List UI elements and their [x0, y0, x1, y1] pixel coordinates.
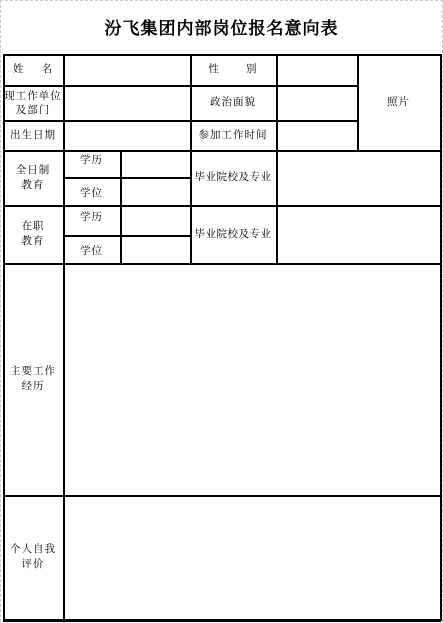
- fulltime-education-label-line1: 全日制: [16, 163, 51, 178]
- grid-line: [3, 619, 441, 622]
- birth-date-label: 出生日期: [3, 120, 63, 150]
- political-status-field[interactable]: [277, 86, 357, 120]
- gender-field[interactable]: [277, 55, 357, 85]
- fulltime-education-label: 全日制 教育: [3, 150, 63, 205]
- inservice-degree-sublabel: 学位: [63, 235, 120, 263]
- inservice-school-major-field[interactable]: [277, 206, 440, 263]
- inservice-education-label: 在职 教育: [3, 205, 63, 263]
- gender-label: 性 别: [190, 54, 276, 85]
- form-title: 汾飞集团内部岗位报名意向表: [0, 14, 443, 39]
- self-evaluation-field[interactable]: [64, 496, 440, 619]
- photo-label: 照片: [387, 95, 410, 110]
- fulltime-education-sublabel: 学历: [63, 150, 120, 177]
- inservice-education-field[interactable]: [121, 206, 190, 235]
- work-unit-label-line1: 现工作单位: [4, 89, 62, 103]
- fulltime-degree-sublabel: 学位: [63, 177, 120, 205]
- work-experience-label: 主要工作 经历: [3, 263, 63, 495]
- fulltime-school-major-field[interactable]: [277, 151, 440, 205]
- inservice-education-label-line1: 在职: [22, 219, 45, 234]
- inservice-education-label-line2: 教育: [22, 234, 45, 249]
- work-start-date-field[interactable]: [277, 121, 357, 150]
- inservice-education-sublabel: 学历: [63, 205, 120, 235]
- name-field[interactable]: [64, 55, 190, 85]
- birth-date-field[interactable]: [64, 121, 190, 150]
- photo-area[interactable]: 照片: [357, 54, 440, 150]
- inservice-school-major-label: 毕业院校及专业: [190, 205, 276, 263]
- fulltime-degree-field[interactable]: [121, 178, 190, 205]
- work-unit-label: 现工作单位 及部门: [3, 85, 63, 120]
- work-unit-field[interactable]: [64, 86, 190, 120]
- self-evaluation-label-line2: 评价: [22, 557, 45, 572]
- self-evaluation-label-line1: 个人自我: [10, 542, 56, 557]
- work-start-date-label: 参加工作时间: [190, 120, 276, 150]
- work-unit-label-line2: 及部门: [16, 103, 51, 117]
- fulltime-education-field[interactable]: [121, 151, 190, 177]
- name-label: 姓 名: [3, 54, 63, 85]
- fulltime-education-label-line2: 教育: [22, 178, 45, 193]
- fulltime-school-major-label: 毕业院校及专业: [190, 150, 276, 205]
- inservice-degree-field[interactable]: [121, 236, 190, 263]
- work-experience-field[interactable]: [64, 264, 440, 495]
- work-experience-label-line1: 主要工作: [10, 364, 56, 379]
- self-evaluation-label: 个人自我 评价: [3, 495, 63, 619]
- work-experience-label-line2: 经历: [22, 379, 45, 394]
- political-status-label: 政治面貌: [190, 85, 276, 120]
- grid-line: [440, 54, 442, 621]
